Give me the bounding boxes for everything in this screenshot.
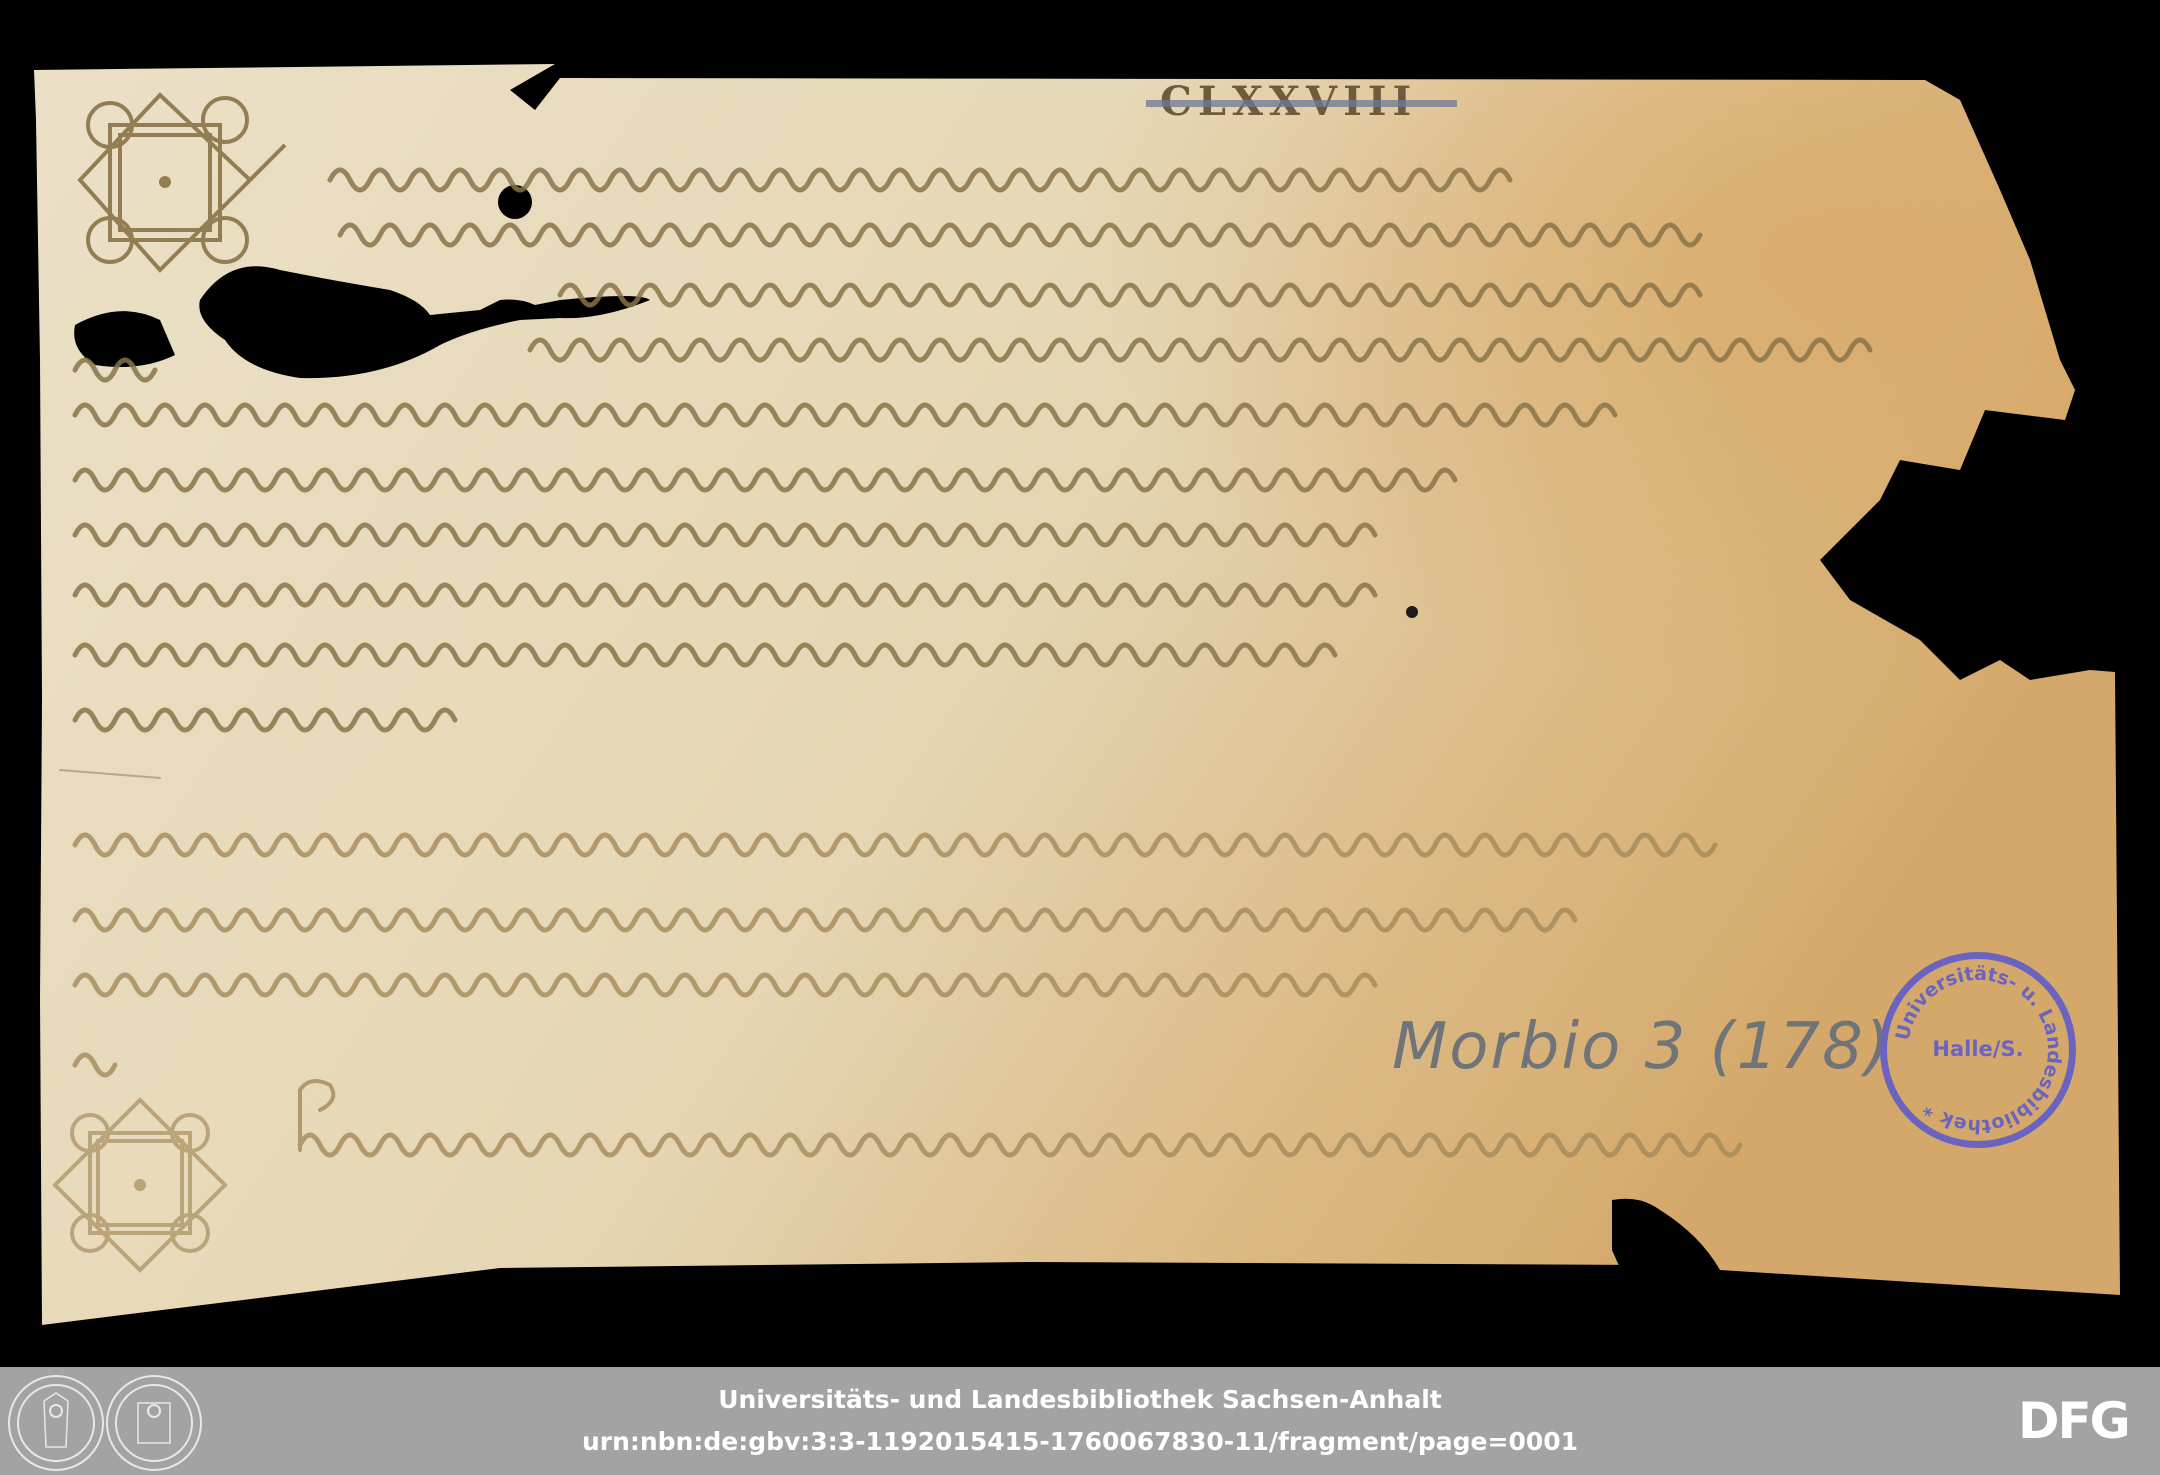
library-stamp: Universitäts- u. Landesbibliothek * Hall… (1880, 952, 2076, 1148)
viewer-footer: Universitäts- und Landesbibliothek Sachs… (0, 1367, 2160, 1475)
document-image-viewer: CLXXVIII Morbio 3 (178) Universitäts- u.… (0, 0, 2160, 1367)
dfg-logo: DFG (2018, 1392, 2129, 1450)
pencil-shelfmark: Morbio 3 (178) (1392, 1010, 1892, 1084)
institution-name: Universitäts- und Landesbibliothek Sachs… (0, 1385, 2160, 1414)
stamp-center-text: Halle/S. (1887, 1037, 2069, 1061)
urn-link[interactable]: urn:nbn:de:gbv:3:3-1192015415-1760067830… (0, 1427, 2160, 1456)
archive-number: CLXXVIII (1160, 78, 1417, 125)
parchment-image (0, 0, 2160, 1367)
